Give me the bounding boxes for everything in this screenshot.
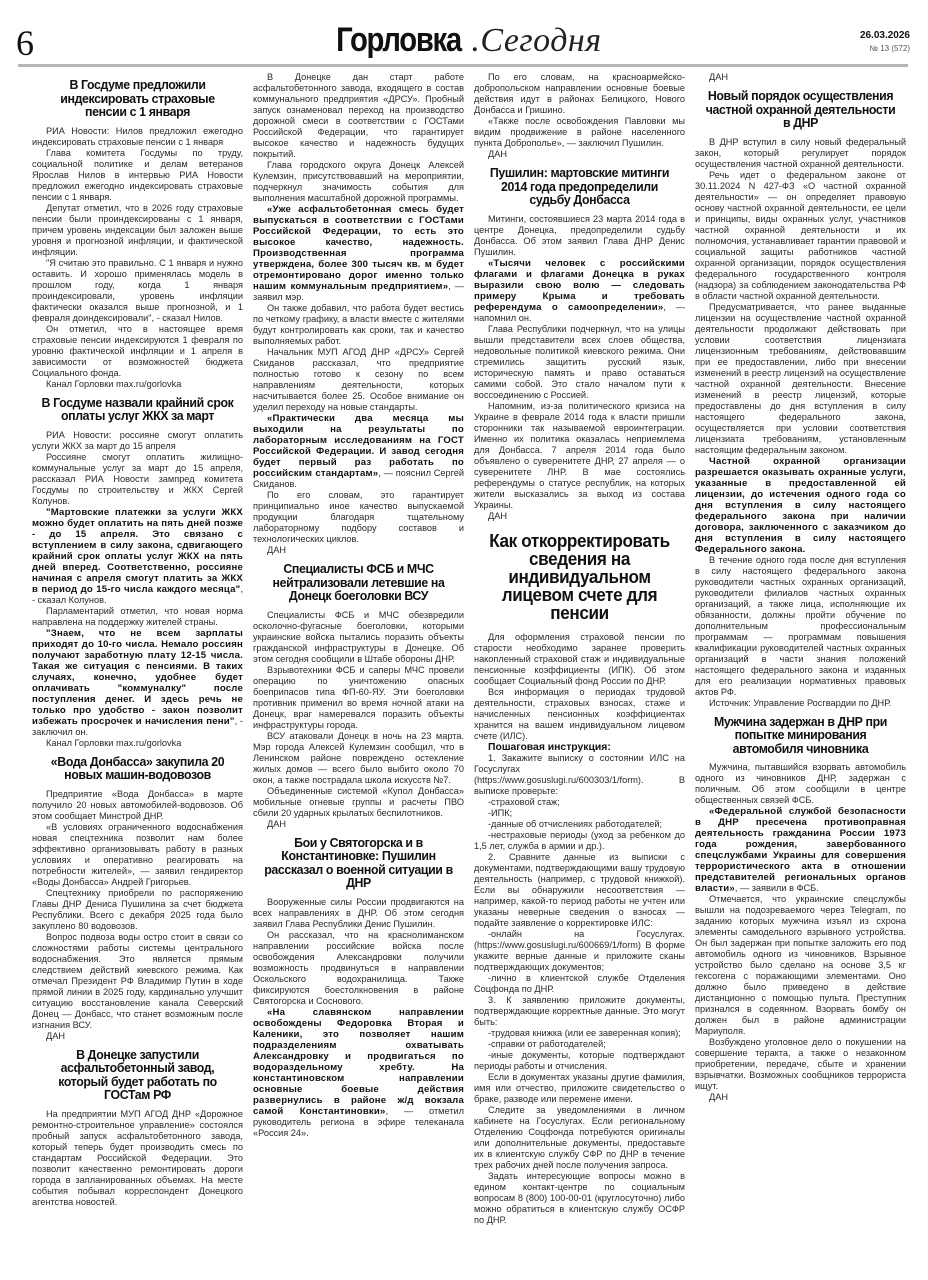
- brand-sub: Сегодня: [480, 22, 601, 59]
- paragraph: Следите за уведомлениями в личном кабине…: [474, 1105, 685, 1171]
- article-2014-rallies: Пушилин: мартовские митинги 2014 года пр…: [474, 166, 685, 522]
- quote-paragraph: «На славянском направлении освобождены Ф…: [253, 1007, 464, 1139]
- headline: Специалисты ФСБ и МЧС нейтрализовали лет…: [260, 562, 457, 603]
- list-item: -лично в клиентской службе Отделения Соц…: [474, 973, 685, 995]
- article-asphalt-plant-cont: В Донецке дан старт работе асфальтобетон…: [253, 72, 464, 556]
- paragraph: Он рассказал, что на краснолиманском нап…: [253, 930, 464, 1007]
- source: ДАН: [253, 819, 464, 830]
- source: ДАН: [253, 545, 464, 556]
- issue-number: № 13 (572): [860, 44, 910, 53]
- paragraph: Глава Республики подчеркнул, что на улиц…: [474, 324, 685, 401]
- paragraph: «Также после освобождения Павловки мы ви…: [474, 116, 685, 149]
- issue-info: 26.03.2026 № 13 (572): [860, 30, 910, 53]
- list-item: -справки от работодателей;: [474, 1039, 685, 1050]
- source: Источник: Управление Росгвардии по ДНР.: [695, 698, 906, 709]
- article-pension-account-cont: ДАН: [695, 72, 906, 83]
- article-car-bombing-attempt: Мужчина задержан в ДНР при попытке минир…: [695, 715, 906, 1104]
- paragraph: Начальник МУП АГОД ДНР «ДРСУ» Сергей Ски…: [253, 347, 464, 413]
- paragraph: По его словам, это гарантирует принципиа…: [253, 490, 464, 545]
- brand-main: Горловка: [337, 20, 462, 60]
- quote-paragraph: «Тысячи человек с российскими флагами и …: [474, 258, 685, 324]
- quote: «Тысячи человек с российскими флагами и …: [474, 258, 685, 313]
- paragraph: Мужчина, пытавшийся взорвать автомобиль …: [695, 762, 906, 806]
- quote-paragraph: «Уже асфальтобетонная смесь будет выпуск…: [253, 204, 464, 303]
- source: ДАН: [695, 1092, 906, 1103]
- attribution: , — заявили в ФСБ.: [735, 883, 819, 893]
- paragraph: 1. Закажите выписку о состоянии ИЛС на Г…: [474, 753, 685, 797]
- quote-paragraph: «Федеральной службой безопасности в ДНР …: [695, 806, 906, 894]
- quote: "Знаем, что не всем зарплаты приходят до…: [32, 628, 243, 727]
- paragraph: ВСУ атаковали Донецк в ночь на 23 марта.…: [253, 731, 464, 786]
- source: ДАН: [474, 511, 685, 522]
- paragraph: Спецтехнику приобрели по распоряжению Гл…: [32, 888, 243, 932]
- article-military-situation: Бои у Святогорска и в Константиновке: Пу…: [253, 836, 464, 1139]
- paragraph: Для оформления страховой пенсии по старо…: [474, 632, 685, 687]
- paragraph: Возбуждено уголовное дело о покушении на…: [695, 1037, 906, 1092]
- paragraph: Напомним, из-за политического кризиса на…: [474, 401, 685, 511]
- headline: «Вода Донбасса» закупила 20 новых машин-…: [39, 755, 236, 782]
- paragraph: Вопрос подвоза воды остро стоит в связи …: [32, 932, 243, 1031]
- paragraph: По его словам, на красноармейско-добропо…: [474, 72, 685, 116]
- paragraph: Вся информация о периодах трудовой деяте…: [474, 687, 685, 742]
- column-1: В Госдуме предложили индексировать страх…: [32, 72, 243, 1272]
- source-link[interactable]: Канал Горловки max.ru/gorlovka: [32, 379, 243, 390]
- paragraph: Взрывотехники ФСБ и саперы МЧС провели о…: [253, 665, 464, 731]
- article-pension-indexation: В Госдуме предложили индексировать страх…: [32, 78, 243, 390]
- paragraph: Отмечается, что украинские спецслужбы вы…: [695, 894, 906, 1037]
- masthead: 6 Горловка.Сегодня 26.03.2026 № 13 (572): [0, 0, 928, 60]
- article-utility-payment: В Госдуме назвали крайний срок оплаты ус…: [32, 396, 243, 749]
- paragraph: Глава городского округа Донецк Алексей К…: [253, 160, 464, 204]
- paragraph: В Донецке дан старт работе асфальтобетон…: [253, 72, 464, 160]
- headline: Как откорректировать сведения на индивид…: [481, 532, 678, 622]
- issue-date: 26.03.2026: [860, 30, 910, 41]
- list-item: -нестраховые периоды (уход за ребенком д…: [474, 830, 685, 852]
- quote-paragraph: "Знаем, что не всем зарплаты приходят до…: [32, 628, 243, 738]
- paragraph: Россияне смогут оплатить жилищно-коммуна…: [32, 452, 243, 507]
- paragraph: Вооруженные силы России продвигаются на …: [253, 897, 464, 930]
- headline: Новый порядок осуществления частной охра…: [702, 89, 899, 130]
- headline: В Госдуме назвали крайний срок оплаты ус…: [39, 396, 236, 423]
- paragraph: Если в документах указаны другие фамилия…: [474, 1072, 685, 1105]
- paragraph: Предприятие «Вода Донбасса» в марте полу…: [32, 789, 243, 822]
- article-military-situation-cont: По его словам, на красноармейско-добропо…: [474, 72, 685, 160]
- list-item: -страховой стаж;: [474, 797, 685, 808]
- article-pension-account: Как откорректировать сведения на индивид…: [474, 532, 685, 1226]
- paragraph: На предприятии МУП АГОД ДНР «Дорожное ре…: [32, 1109, 243, 1208]
- paragraph: «В условиях ограниченного водоснабжения …: [32, 822, 243, 888]
- article-private-security: Новый порядок осуществления частной охра…: [695, 89, 906, 709]
- source: ДАН: [32, 1031, 243, 1042]
- list-item: -ИПК;: [474, 808, 685, 819]
- paragraph: В течение одного года после дня вступлен…: [695, 555, 906, 698]
- list-item: -иные документы, которые подтверждают пе…: [474, 1050, 685, 1072]
- quote: «Уже асфальтобетонная смесь будет выпуск…: [253, 204, 464, 292]
- header-divider: [18, 64, 908, 67]
- paragraph: "Я считаю это правильно. С 1 января и ну…: [32, 258, 243, 324]
- paragraph: Он отметил, что в настоящее время страхо…: [32, 324, 243, 379]
- paragraph: 3. К заявлению приложите документы, подт…: [474, 995, 685, 1028]
- headline: В Донецке запустили асфальтобетонный зав…: [39, 1048, 236, 1102]
- paragraph: Парламентарий отметил, что новая норма н…: [32, 606, 243, 628]
- column-4: ДАН Новый порядок осуществления частной …: [695, 72, 906, 1272]
- quote-paragraph: "Мартовские платежки за услуги ЖКХ можно…: [32, 507, 243, 606]
- paragraph: Речь идет о федеральном законе от 30.11.…: [695, 170, 906, 302]
- article-columns: В Госдуме предложили индексировать страх…: [32, 72, 908, 1272]
- list-item: -трудовая книжка (или ее заверенная копи…: [474, 1028, 685, 1039]
- bold-paragraph: Частной охранной организации разрешается…: [695, 456, 906, 555]
- headline: Бои у Святогорска и в Константиновке: Пу…: [260, 836, 457, 890]
- quote: «Федеральной службой безопасности в ДНР …: [695, 806, 906, 894]
- column-2: В Донецке дан старт работе асфальтобетон…: [253, 72, 464, 1272]
- article-warheads-neutralized: Специалисты ФСБ и МЧС нейтрализовали лет…: [253, 562, 464, 830]
- list-item: -данные об отчислениях работодателей;: [474, 819, 685, 830]
- source-link[interactable]: Канал Горловки max.ru/gorlovka: [32, 738, 243, 749]
- subheading: Пошаговая инструкция:: [474, 742, 685, 753]
- source: ДАН: [474, 149, 685, 160]
- paragraph: РИА Новости: россияне смогут оплатить ус…: [32, 430, 243, 452]
- newspaper-title: Горловка.Сегодня: [0, 20, 928, 61]
- headline: Пушилин: мартовские митинги 2014 года пр…: [481, 166, 678, 207]
- quote: «На славянском направлении освобождены Ф…: [253, 1007, 464, 1117]
- paragraph: Специалисты ФСБ и МЧС обезвредили осколо…: [253, 610, 464, 665]
- quote: "Мартовские платежки за услуги ЖКХ можно…: [32, 507, 243, 595]
- paragraph: Митинги, состоявшиеся 23 марта 2014 года…: [474, 214, 685, 258]
- source: ДАН: [695, 72, 906, 83]
- article-water-trucks: «Вода Донбасса» закупила 20 новых машин-…: [32, 755, 243, 1042]
- emphasis: Частной охранной организации разрешается…: [695, 456, 906, 555]
- list-item: -онлайн на Госуслугах. (https://www.gosu…: [474, 929, 685, 973]
- quote-paragraph: «Практически два месяца мы выходили на р…: [253, 413, 464, 490]
- paragraph: Предусматривается, что ранее выданные ли…: [695, 302, 906, 456]
- paragraph: Глава комитета Госдумы по труду, социаль…: [32, 148, 243, 203]
- paragraph: Объединенные системой «Купол Донбасса» м…: [253, 786, 464, 819]
- headline: В Госдуме предложили индексировать страх…: [39, 78, 236, 119]
- article-asphalt-plant: В Донецке запустили асфальтобетонный зав…: [32, 1048, 243, 1208]
- paragraph: РИА Новости: Нилов предложил ежегодно ин…: [32, 126, 243, 148]
- paragraph: Он также добавил, что работа будет вести…: [253, 303, 464, 347]
- headline: Мужчина задержан в ДНР при попытке минир…: [702, 715, 899, 756]
- paragraph: Депутат отметил, что в 2026 году страхов…: [32, 203, 243, 258]
- paragraph: Задать интересующие вопросы можно в един…: [474, 1171, 685, 1226]
- paragraph: В ДНР вступил в силу новый федеральный з…: [695, 137, 906, 170]
- column-3: По его словам, на красноармейско-добропо…: [474, 72, 685, 1272]
- paragraph: 2. Сравните данные из выписки с документ…: [474, 852, 685, 929]
